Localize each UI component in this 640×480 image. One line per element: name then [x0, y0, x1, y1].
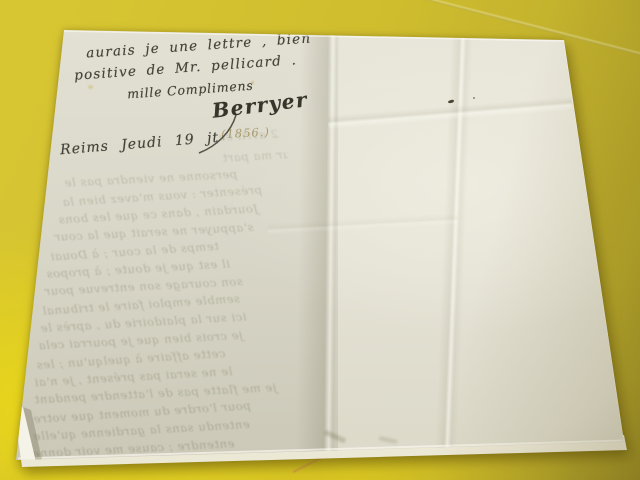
- foxing-spot-2: [99, 23, 102, 26]
- paper-shadow-wrapper: 2 avril cepour ma partpersonne ne viendr…: [0, 0, 640, 480]
- gutter-fold-crease: [295, 0, 340, 480]
- ink-speck: [473, 97, 475, 99]
- foxing-spot-1: [88, 85, 93, 89]
- letter-paper: 2 avril cepour ma partpersonne ne viendr…: [0, 0, 640, 480]
- bottom-edge-pucker-2: [379, 436, 397, 444]
- vertical-crease: [435, 34, 473, 449]
- year-annotation: (1856.): [221, 125, 271, 142]
- photo-canvas: 2 avril cepour ma partpersonne ne viendr…: [0, 0, 640, 480]
- foxing-spot-3: [251, 81, 254, 84]
- paper-edge-highlight-right: [564, 41, 624, 442]
